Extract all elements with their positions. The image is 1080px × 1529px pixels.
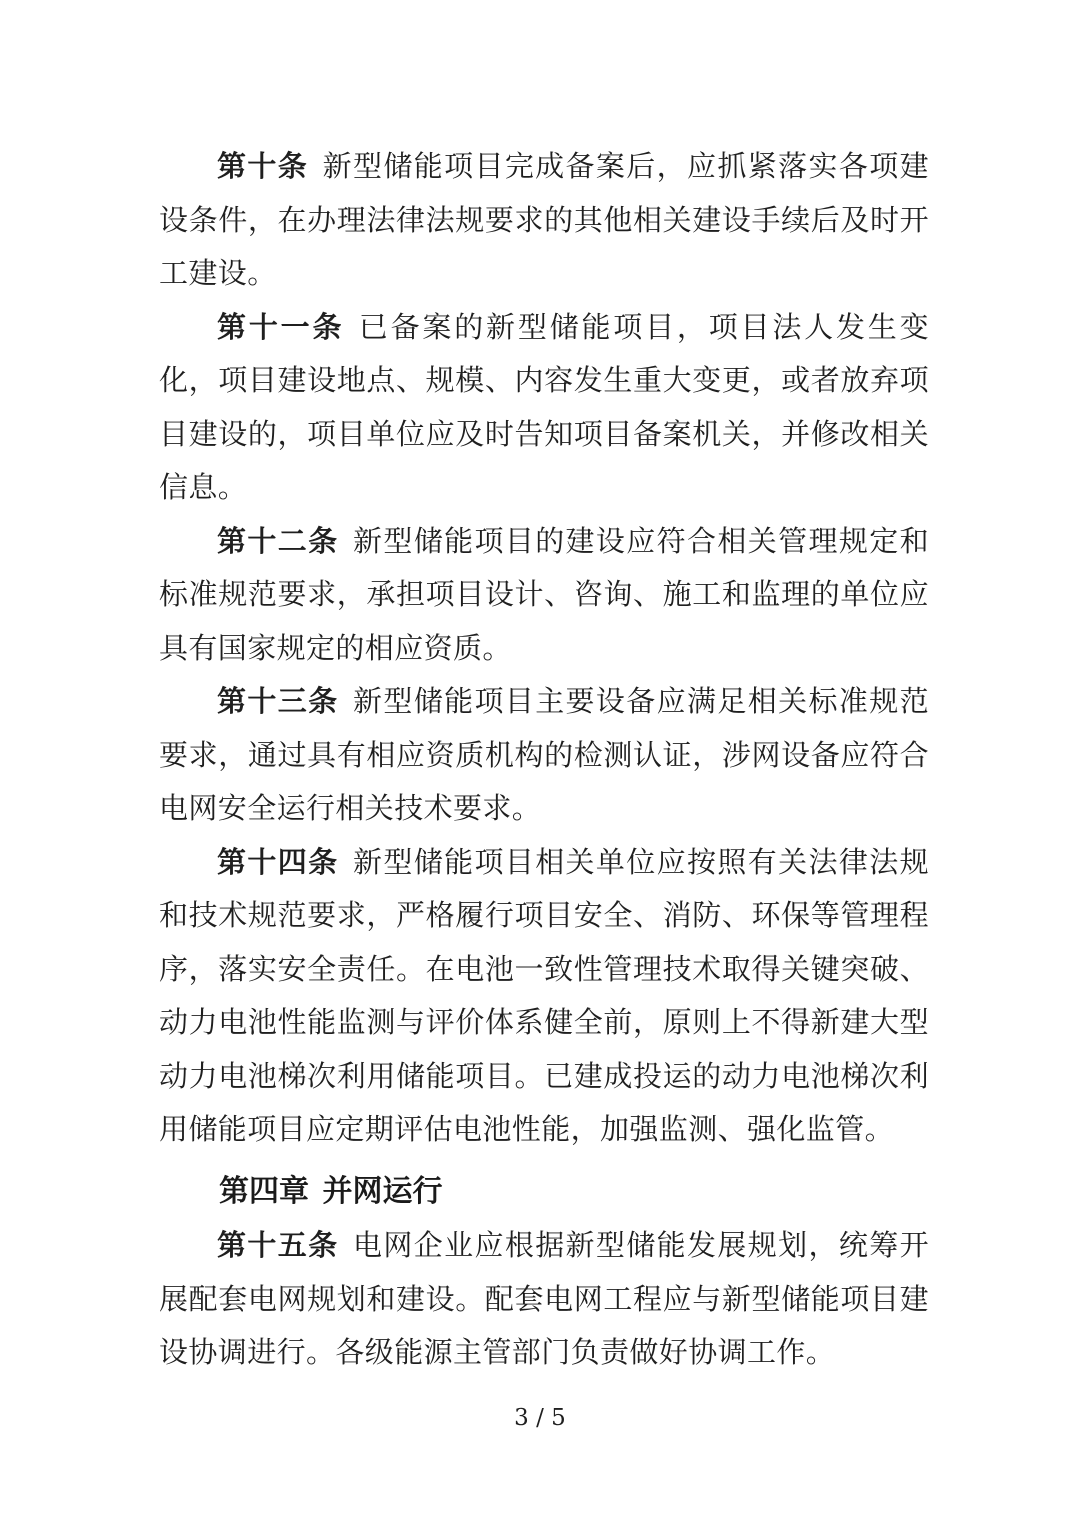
article-text: 新型储能项目相关单位应按照有关法律法规和技术规范要求，严格履行项目安全、消防、环…	[159, 845, 929, 1147]
chapter-title: 并网运行	[323, 1174, 443, 1209]
article-number: 第十三条	[217, 684, 338, 718]
article-paragraph-13: 第十三条新型储能项目主要设备应满足相关标准规范要求，通过具有相应资质机构的检测认…	[159, 675, 929, 836]
chapter-number: 第四章	[219, 1174, 309, 1209]
article-paragraph-12: 第十二条新型储能项目的建设应符合相关管理规定和标准规范要求，承担项目设计、咨询、…	[159, 515, 929, 676]
page-number: 3 / 5	[0, 1398, 1080, 1438]
article-paragraph-10: 第十条新型储能项目完成备案后，应抓紧落实各项建设条件，在办理法律法规要求的其他相…	[159, 140, 929, 301]
chapter-heading: 第四章并网运行	[159, 1165, 929, 1219]
article-paragraph-11: 第十一条已备案的新型储能项目，项目法人发生变化，项目建设地点、规模、内容发生重大…	[159, 301, 929, 515]
document-page: 第十条新型储能项目完成备案后，应抓紧落实各项建设条件，在办理法律法规要求的其他相…	[0, 0, 1080, 1529]
article-paragraph-14: 第十四条新型储能项目相关单位应按照有关法律法规和技术规范要求，严格履行项目安全、…	[159, 836, 929, 1157]
article-number: 第十二条	[217, 524, 338, 558]
article-number: 第十四条	[217, 845, 338, 879]
article-paragraph-15: 第十五条电网企业应根据新型储能发展规划，统筹开展配套电网规划和建设。配套电网工程…	[159, 1219, 929, 1380]
article-number: 第十五条	[217, 1228, 338, 1262]
article-number: 第十条	[217, 149, 308, 183]
document-body: 第十条新型储能项目完成备案后，应抓紧落实各项建设条件，在办理法律法规要求的其他相…	[159, 140, 929, 1380]
article-number: 第十一条	[217, 310, 344, 344]
